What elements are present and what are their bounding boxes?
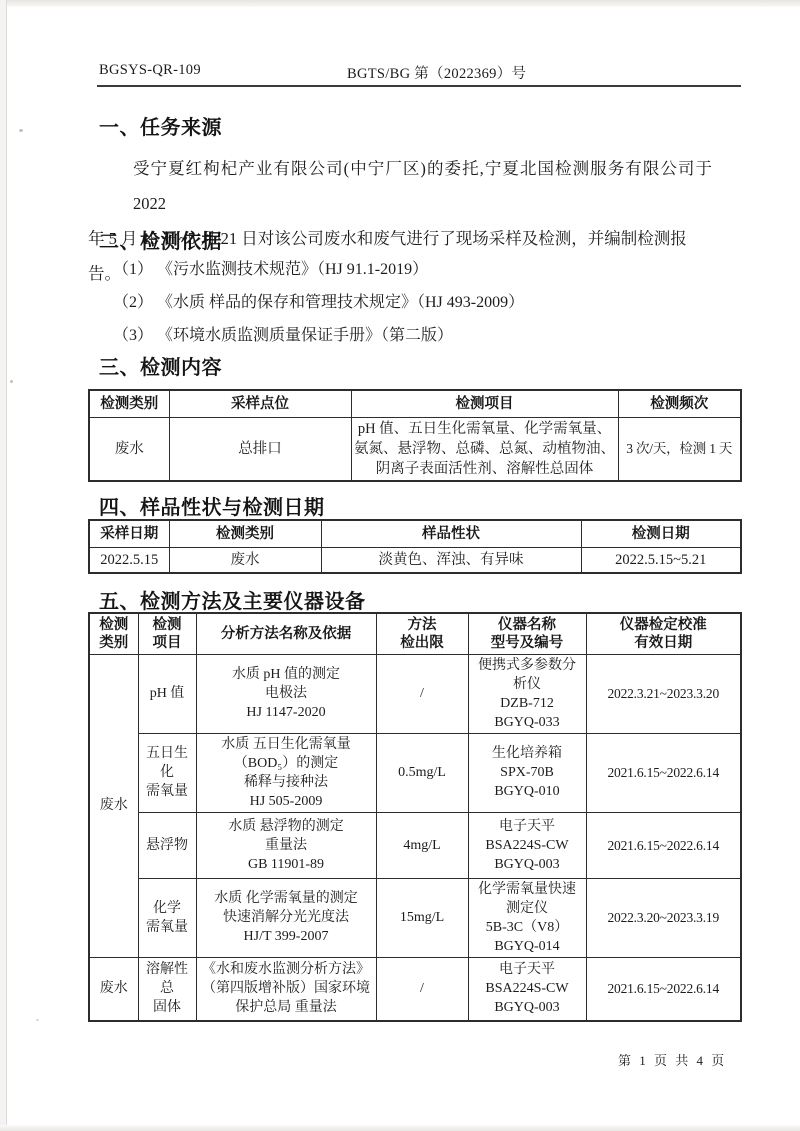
column-header: 仪器名称 型号及编号 — [468, 613, 586, 654]
table-row: 2022.5.15 废水 淡黄色、浑浊、有异味 2022.5.15~5.21 — [89, 547, 741, 573]
method-cell: 水质 悬浮物的测定 重量法 GB 11901-89 — [196, 812, 376, 878]
list-item-text: 《污水监测技术规范》（HJ 91.1-2019） — [157, 256, 723, 279]
column-header: 检测日期 — [581, 520, 741, 547]
list-item: （2） 《水质 样品的保存和管理技术规定》（HJ 493-2009） — [113, 289, 723, 313]
table-row: 废水 总排口 pH 值、五日生化需氧量、化学需氧量、氨氮、悬浮物、总磷、总氮、动… — [89, 417, 741, 481]
column-header: 检测类别 — [89, 390, 169, 417]
instrument-cell: 电子天平 BSA224S-CW BGYQ-003 — [468, 957, 586, 1021]
detection-limit-cell: / — [376, 654, 468, 733]
table-row: 悬浮物 水质 悬浮物的测定 重量法 GB 11901-89 4mg/L 电子天平… — [89, 812, 741, 878]
paragraph-line: 受宁夏红枸杞产业有限公司(中宁厂区)的委托,宁夏北国检测服务有限公司于 2022 — [88, 151, 712, 221]
scan-edge-bottom — [0, 1125, 800, 1131]
section-title-test-content: 三、检测内容 — [99, 351, 222, 380]
column-header: 检测 项目 — [138, 613, 196, 654]
test-basis-list: （1） 《污水监测技术规范》（HJ 91.1-2019） （2） 《水质 样品的… — [113, 256, 723, 355]
calibration-validity-cell: 2021.6.15~2022.6.14 — [586, 812, 741, 878]
section-title-task-source: 一、任务来源 — [99, 111, 222, 140]
test-item-cell: 化学 需氧量 — [138, 878, 196, 957]
method-instrument-table: 检测 类别 检测 项目 分析方法名称及依据 方法 检出限 仪器名称 型号及编号 … — [88, 612, 742, 1022]
calibration-validity-cell: 2022.3.20~2023.3.19 — [586, 878, 741, 957]
test-item-cell: 悬浮物 — [138, 812, 196, 878]
table-header-row: 检测类别 采样点位 检测项目 检测频次 — [89, 390, 741, 417]
method-cell: 水质 五日生化需氧量 （BOD₅）的测定 稀释与接种法 HJ 505-2009 — [196, 733, 376, 812]
calibration-validity-cell: 2022.3.21~2023.3.20 — [586, 654, 741, 733]
scan-speck — [19, 129, 23, 132]
test-item-cell: 溶解性总 固体 — [138, 957, 196, 1021]
column-header: 方法 检出限 — [376, 613, 468, 654]
scan-speck — [10, 380, 13, 383]
section-title-methods-instruments: 五、检测方法及主要仪器设备 — [99, 585, 366, 614]
table-header-row: 检测 类别 检测 项目 分析方法名称及依据 方法 检出限 仪器名称 型号及编号 … — [89, 613, 741, 654]
detection-limit-cell: 15mg/L — [376, 878, 468, 957]
test-items-cell: pH 值、五日生化需氧量、化学需氧量、氨氮、悬浮物、总磷、总氮、动植物油、阴离子… — [351, 417, 618, 481]
table-row: 五日生化 需氧量 水质 五日生化需氧量 （BOD₅）的测定 稀释与接种法 HJ … — [89, 733, 741, 812]
category-cell: 废水 — [89, 417, 169, 481]
document-code: BGSYS-QR-109 — [99, 62, 201, 79]
column-header: 检测频次 — [618, 390, 741, 417]
list-item-number: （3） — [113, 322, 157, 345]
table-row: 化学 需氧量 水质 化学需氧量的测定 快速消解分光光度法 HJ/T 399-20… — [89, 878, 741, 957]
header-rule — [97, 85, 741, 87]
test-date-cell: 2022.5.15~5.21 — [581, 547, 741, 573]
scan-speck — [36, 1019, 39, 1021]
report-number: BGTS/BG 第（2022369）号 — [347, 62, 526, 83]
section-title-sample-character: 四、样品性状与检测日期 — [99, 491, 325, 520]
instrument-cell: 电子天平 BSA224S-CW BGYQ-003 — [468, 812, 586, 878]
detection-limit-cell: 4mg/L — [376, 812, 468, 878]
frequency-cell: 3 次/天，检测 1 天 — [618, 417, 741, 481]
test-item-cell: 五日生化 需氧量 — [138, 733, 196, 812]
sampling-date-cell: 2022.5.15 — [89, 547, 169, 573]
scan-edge-top — [0, 0, 800, 7]
test-content-table: 检测类别 采样点位 检测项目 检测频次 废水 总排口 pH 值、五日生化需氧量、… — [88, 389, 742, 482]
instrument-cell: 便携式多参数分 析仪 DZB-712 BGYQ-033 — [468, 654, 586, 733]
instrument-cell: 生化培养箱 SPX-70B BGYQ-010 — [468, 733, 586, 812]
list-item-number: （2） — [113, 289, 157, 312]
column-header: 样品性状 — [321, 520, 581, 547]
column-header: 检测项目 — [351, 390, 618, 417]
scan-edge-left — [0, 0, 7, 1131]
section-title-test-basis: 二、检测依据 — [99, 225, 222, 254]
character-cell: 淡黄色、浑浊、有异味 — [321, 547, 581, 573]
test-item-cell: pH 值 — [138, 654, 196, 733]
table-row: 废水 pH 值 水质 pH 值的测定 电极法 HJ 1147-2020 / 便携… — [89, 654, 741, 733]
column-header: 采样日期 — [89, 520, 169, 547]
list-item: （1） 《污水监测技术规范》（HJ 91.1-2019） — [113, 256, 723, 280]
column-header: 仪器检定校准 有效日期 — [586, 613, 741, 654]
list-item-text: 《环境水质监测质量保证手册》（第二版） — [157, 322, 723, 345]
detection-limit-cell: 0.5mg/L — [376, 733, 468, 812]
list-item-number: （1） — [113, 256, 157, 279]
method-cell: 水质 pH 值的测定 电极法 HJ 1147-2020 — [196, 654, 376, 733]
category-cell: 废水 — [89, 654, 138, 957]
calibration-validity-cell: 2021.6.15~2022.6.14 — [586, 957, 741, 1021]
column-header: 分析方法名称及依据 — [196, 613, 376, 654]
calibration-validity-cell: 2021.6.15~2022.6.14 — [586, 733, 741, 812]
instrument-cell: 化学需氧量快速 测定仪 5B-3C（V8） BGYQ-014 — [468, 878, 586, 957]
list-item-text: 《水质 样品的保存和管理技术规定》（HJ 493-2009） — [157, 289, 723, 312]
column-header: 检测 类别 — [89, 613, 138, 654]
detection-limit-cell: / — [376, 957, 468, 1021]
table-row: 废水 溶解性总 固体 《水和废水监测分析方法》 （第四版增补版）国家环境 保护总… — [89, 957, 741, 1021]
table-header-row: 采样日期 检测类别 样品性状 检测日期 — [89, 520, 741, 547]
method-cell: 《水和废水监测分析方法》 （第四版增补版）国家环境 保护总局 重量法 — [196, 957, 376, 1021]
method-cell: 水质 化学需氧量的测定 快速消解分光光度法 HJ/T 399-2007 — [196, 878, 376, 957]
list-item: （3） 《环境水质监测质量保证手册》（第二版） — [113, 322, 723, 346]
page-number: 第 1 页 共 4 页 — [618, 1050, 726, 1069]
sample-character-table: 采样日期 检测类别 样品性状 检测日期 2022.5.15 废水 淡黄色、浑浊、… — [88, 519, 742, 574]
category-cell: 废水 — [169, 547, 321, 573]
category-cell: 废水 — [89, 957, 138, 1021]
sampling-point-cell: 总排口 — [169, 417, 351, 481]
column-header: 检测类别 — [169, 520, 321, 547]
column-header: 采样点位 — [169, 390, 351, 417]
